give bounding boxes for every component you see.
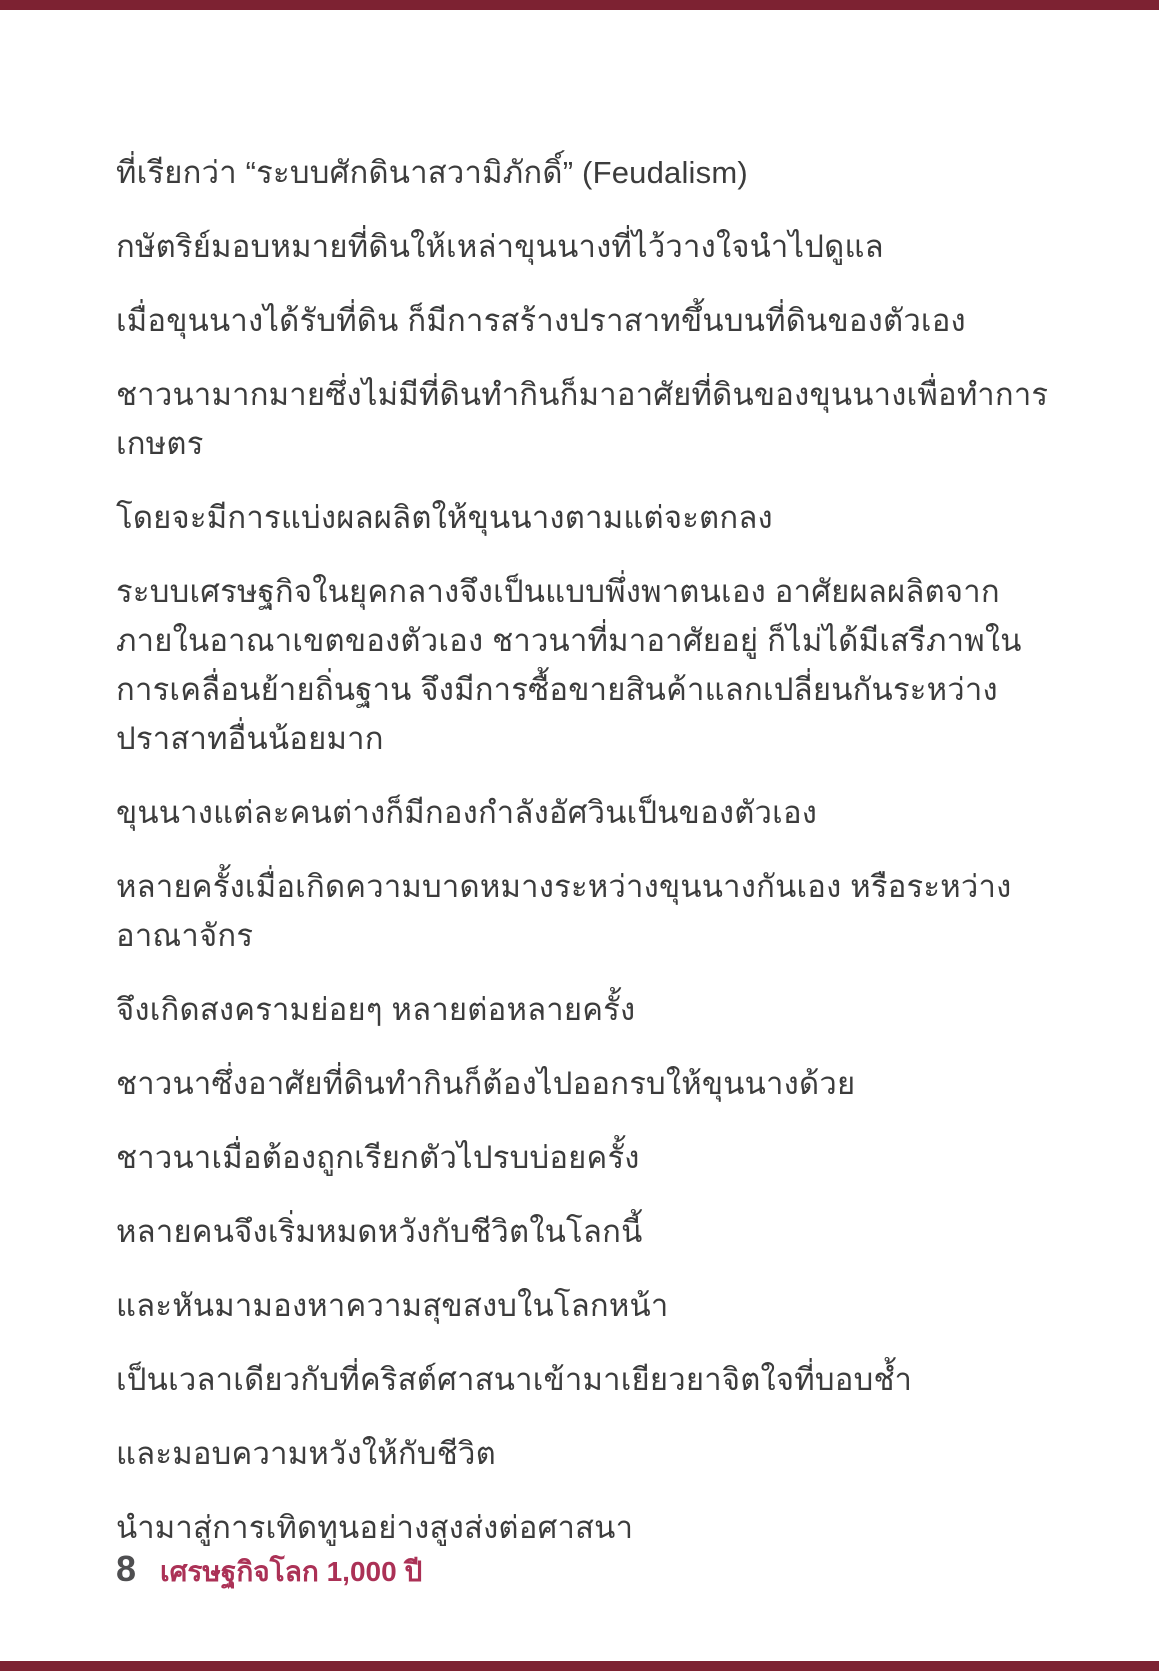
paragraph: จึงเกิดสงครามย่อยๆ หลายต่อหลายครั้ง: [116, 985, 1052, 1034]
paragraph: หลายครั้งเมื่อเกิดความบาดหมางระหว่างขุนน…: [116, 862, 1052, 960]
bottom-edge-bar: [0, 1661, 1159, 1671]
paragraph: และหันมามองหาความสุขสงบในโลกหน้า: [116, 1281, 1052, 1330]
paragraph: ขุนนางแต่ละคนต่างก็มีกองกำลังอัศวินเป็นข…: [116, 788, 1052, 837]
paragraph: นำมาสู่การเทิดทูนอย่างสูงส่งต่อศาสนา: [116, 1503, 1052, 1552]
paragraph: ระบบเศรษฐกิจในยุคกลางจึงเป็นแบบพึ่งพาตนเ…: [116, 567, 1052, 763]
page-footer: 8 เศรษฐกิจโลก 1,000 ปี: [116, 1548, 422, 1594]
page-number: 8: [116, 1548, 136, 1590]
paragraph: และมอบความหวังให้กับชีวิต: [116, 1429, 1052, 1478]
top-edge-bar: [0, 0, 1159, 10]
paragraph: เมื่อขุนนางได้รับที่ดิน ก็มีการสร้างปราส…: [116, 296, 1052, 345]
paragraph: ชาวนาซึ่งอาศัยที่ดินทำกินก็ต้องไปออกรบให…: [116, 1059, 1052, 1108]
body-paragraphs: ที่เรียกว่า “ระบบศักดินาสวามิภักดิ์” (Fe…: [116, 148, 1052, 1577]
paragraph: ที่เรียกว่า “ระบบศักดินาสวามิภักดิ์” (Fe…: [116, 148, 1052, 197]
book-page: ที่เรียกว่า “ระบบศักดินาสวามิภักดิ์” (Fe…: [0, 0, 1159, 1671]
paragraph: ชาวนาเมื่อต้องถูกเรียกตัวไปรบบ่อยครั้ง: [116, 1133, 1052, 1182]
paragraph: หลายคนจึงเริ่มหมดหวังกับชีวิตในโลกนี้: [116, 1207, 1052, 1256]
paragraph: กษัตริย์มอบหมายที่ดินให้เหล่าขุนนางที่ไว…: [116, 222, 1052, 271]
book-title: เศรษฐกิจโลก 1,000 ปี: [160, 1550, 422, 1594]
paragraph: เป็นเวลาเดียวกับที่คริสต์ศาสนาเข้ามาเยีย…: [116, 1355, 1052, 1404]
paragraph: โดยจะมีการแบ่งผลผลิตให้ขุนนางตามแต่จะตกล…: [116, 493, 1052, 542]
paragraph: ชาวนามากมายซึ่งไม่มีที่ดินทำกินก็มาอาศัย…: [116, 370, 1052, 468]
